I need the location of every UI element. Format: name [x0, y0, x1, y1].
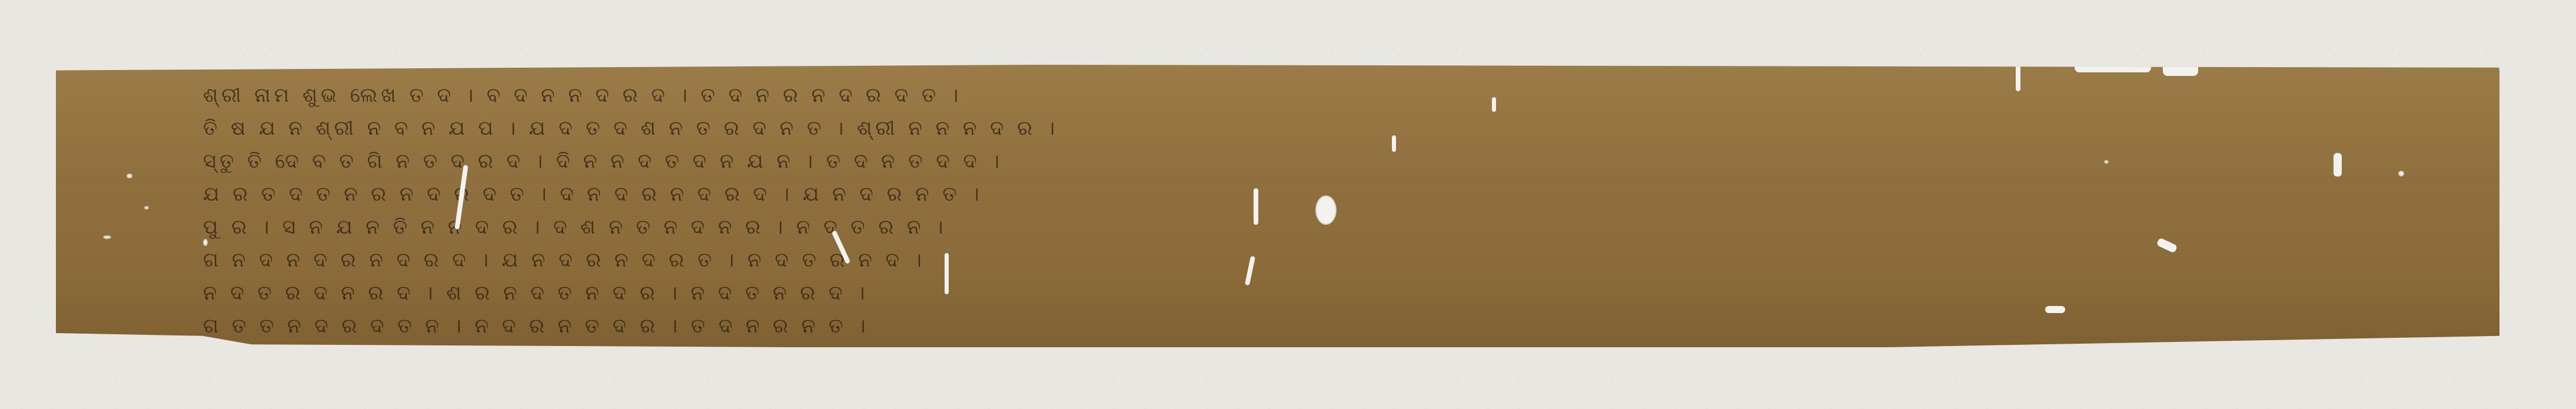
- manuscript-line-1: ଶ୍ରୀ ନାମ ଶୁଭ ଲେଖ ତ ଦ । ବ ଦ ନ ନ ଦ ର ଦ । ତ…: [203, 84, 2405, 112]
- manuscript-line-5: ପୁ ର । ସ ନ ଯ ନ ତି ନ ନ ଦ ର । ଦ ଶ ନ ତ ନ ଦ …: [203, 215, 2405, 244]
- damage-crack: [2045, 306, 2065, 313]
- damage-crack: [2075, 65, 2151, 72]
- manuscript-line-3: ସ୍ତୁ ତି ଦେ ବ ତ ଗି ନ ତ ଦ ର ଦ । ଦି ନ ନ ଦ ତ…: [203, 149, 2405, 178]
- damage-crack: [945, 253, 949, 294]
- manuscript-line-2: ତି ଷ ଯ ନ ଶ୍ରୀ ନ ବ ନ ଯ ପ । ଯ ଦ ତ ଦ ଶ ନ ତ …: [203, 117, 2405, 145]
- wormhole: [127, 174, 132, 178]
- palm-leaf-manuscript: ଶ୍ରୀ ନାମ ଶୁଭ ଲେଖ ତ ଦ । ବ ଦ ନ ନ ଦ ର ଦ । ତ…: [56, 65, 2499, 347]
- wormhole: [2398, 171, 2404, 177]
- damage-crack: [2016, 65, 2020, 91]
- damage-crack: [2163, 65, 2198, 76]
- manuscript-line-8: ଗ ତ ତ ନ ଦ ର ଦ ତ ନ । ନ ଦ ର ନ ତ ଦ ର । ତ ଦ …: [203, 314, 2405, 343]
- wormhole: [203, 239, 208, 246]
- manuscript-text-block: ଶ୍ରୀ ନାମ ଶୁଭ ଲେଖ ତ ଦ । ବ ଦ ନ ନ ଦ ର ଦ । ତ…: [203, 84, 2405, 343]
- manuscript-line-4: ଯ ର ତ ଦ ତ ନ ର ନ ଦ ର ଦ ତ । ଦ ନ ଦ ର ନ ଦ ର …: [203, 182, 2405, 211]
- manuscript-line-6: ଗ ନ ଦ ନ ଦ ର ନ ଦ ର ଦ । ଯ ନ ଦ ର ନ ଦ ର ତ । …: [203, 248, 2405, 277]
- binding-hole: [1315, 195, 1337, 225]
- damage-crack: [1492, 97, 1496, 112]
- wormhole: [2104, 160, 2109, 164]
- manuscript-line-7: ନ ଦ ତ ର ଦ ନ ର ଦ । ଶ ର ନ ଦ ତ ନ ଦ ର । ନ ଦ …: [203, 281, 2405, 310]
- wormhole: [103, 235, 111, 239]
- damage-crack: [2334, 153, 2342, 177]
- wormhole: [144, 206, 149, 210]
- damage-crack: [1392, 135, 1396, 152]
- damage-crack: [1254, 188, 1258, 225]
